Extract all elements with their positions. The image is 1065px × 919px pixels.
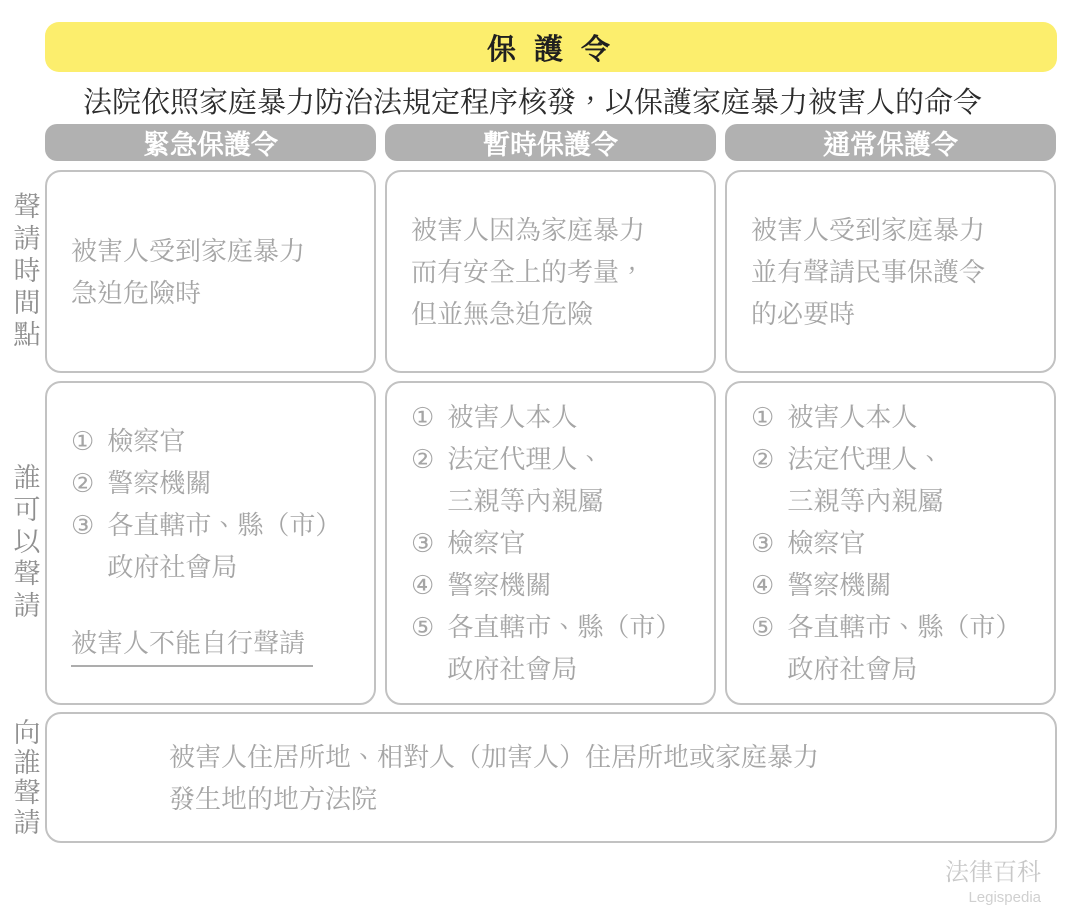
list-item: ⑤ 各直轄市、縣（市） 政府社會局 — [751, 606, 1044, 690]
page-title: 保 護 令 — [487, 27, 615, 68]
item-text: 法定代理人、 三親等內親屬 — [447, 438, 603, 522]
who-list-temporary: ① 被害人本人 ② 法定代理人、 三親等內親屬 ③ 檢察官 ④ 警察機關 ⑤ 各… — [411, 396, 704, 690]
column-header-ordinary: 通常保護令 — [725, 124, 1056, 161]
timing-text-emergency: 被害人受到家庭暴力 急迫危險時 — [71, 230, 305, 314]
list-item: ① 檢察官 — [71, 420, 364, 462]
item-number: ④ — [411, 564, 434, 606]
watermark: 法律百科 Legispedia — [945, 852, 1041, 906]
item-number: ① — [411, 396, 434, 438]
item-text: 各直轄市、縣（市） 政府社會局 — [447, 606, 681, 690]
list-item: ② 警察機關 — [71, 462, 364, 504]
item-number: ① — [751, 396, 774, 438]
who-list-ordinary: ① 被害人本人 ② 法定代理人、 三親等內親屬 ③ 檢察官 ④ 警察機關 ⑤ 各… — [751, 396, 1044, 690]
item-text: 法定代理人、 三親等內親屬 — [787, 438, 943, 522]
watermark-brand-latin: Legispedia — [945, 889, 1041, 906]
row-label-timing: 聲請時間點 — [6, 170, 44, 373]
timing-cell-ordinary: 被害人受到家庭暴力 並有聲請民事保護令 的必要時 — [725, 170, 1056, 373]
item-number: ③ — [71, 504, 94, 546]
item-number: ① — [71, 420, 94, 462]
page-subtitle: 法院依照家庭暴力防治法規定程序核發，以保護家庭暴力被害人的命令 — [0, 80, 1065, 121]
column-header-temporary: 暫時保護令 — [385, 124, 716, 161]
item-number: ③ — [751, 522, 774, 564]
list-item: ③ 各直轄市、縣（市） 政府社會局 — [71, 504, 364, 588]
item-text: 檢察官 — [107, 420, 185, 462]
who-list-emergency: ① 檢察官 ② 警察機關 ③ 各直轄市、縣（市） 政府社會局 — [71, 420, 364, 588]
list-item: ③ 檢察官 — [411, 522, 704, 564]
item-number: ② — [411, 438, 434, 480]
timing-text-ordinary: 被害人受到家庭暴力 並有聲請民事保護令 的必要時 — [751, 209, 985, 335]
row-label-where: 向誰聲請 — [6, 712, 44, 843]
item-text: 檢察官 — [787, 522, 865, 564]
item-number: ② — [751, 438, 774, 480]
item-text: 被害人本人 — [787, 396, 917, 438]
item-number: ② — [71, 462, 94, 504]
list-item: ⑤ 各直轄市、縣（市） 政府社會局 — [411, 606, 704, 690]
title-banner: 保 護 令 — [45, 22, 1057, 72]
item-text: 警察機關 — [107, 462, 211, 504]
item-number: ⑤ — [411, 606, 434, 648]
timing-cell-emergency: 被害人受到家庭暴力 急迫危險時 — [45, 170, 376, 373]
row-label-who: 誰可以聲請 — [6, 381, 44, 705]
list-item: ③ 檢察官 — [751, 522, 1044, 564]
item-text: 被害人本人 — [447, 396, 577, 438]
list-item: ④ 警察機關 — [411, 564, 704, 606]
item-text: 警察機關 — [787, 564, 891, 606]
where-text: 被害人住居所地、相對人（加害人）住居所地或家庭暴力 發生地的地方法院 — [169, 736, 819, 820]
infographic-page: 保 護 令 法院依照家庭暴力防治法規定程序核發，以保護家庭暴力被害人的命令 緊急… — [0, 0, 1065, 919]
watermark-brand: 法律百科 — [945, 852, 1041, 887]
who-cell-temporary: ① 被害人本人 ② 法定代理人、 三親等內親屬 ③ 檢察官 ④ 警察機關 ⑤ 各… — [385, 381, 716, 705]
list-item: ① 被害人本人 — [411, 396, 704, 438]
item-text: 檢察官 — [447, 522, 525, 564]
list-item: ② 法定代理人、 三親等內親屬 — [411, 438, 704, 522]
item-number: ④ — [751, 564, 774, 606]
list-item: ① 被害人本人 — [751, 396, 1044, 438]
who-cell-ordinary: ① 被害人本人 ② 法定代理人、 三親等內親屬 ③ 檢察官 ④ 警察機關 ⑤ 各… — [725, 381, 1056, 705]
column-header-emergency: 緊急保護令 — [45, 124, 376, 161]
item-number: ③ — [411, 522, 434, 564]
list-item: ② 法定代理人、 三親等內親屬 — [751, 438, 1044, 522]
timing-text-temporary: 被害人因為家庭暴力 而有安全上的考量， 但並無急迫危險 — [411, 209, 645, 335]
item-text: 各直轄市、縣（市） 政府社會局 — [107, 504, 341, 588]
who-note-underlined: 被害人不能自行聲請 — [71, 622, 313, 667]
list-item: ④ 警察機關 — [751, 564, 1044, 606]
item-text: 各直轄市、縣（市） 政府社會局 — [787, 606, 1021, 690]
who-cell-emergency: ① 檢察官 ② 警察機關 ③ 各直轄市、縣（市） 政府社會局 被害人不能自行聲請 — [45, 381, 376, 705]
item-number: ⑤ — [751, 606, 774, 648]
where-cell: 被害人住居所地、相對人（加害人）住居所地或家庭暴力 發生地的地方法院 — [45, 712, 1057, 843]
item-text: 警察機關 — [447, 564, 551, 606]
timing-cell-temporary: 被害人因為家庭暴力 而有安全上的考量， 但並無急迫危險 — [385, 170, 716, 373]
